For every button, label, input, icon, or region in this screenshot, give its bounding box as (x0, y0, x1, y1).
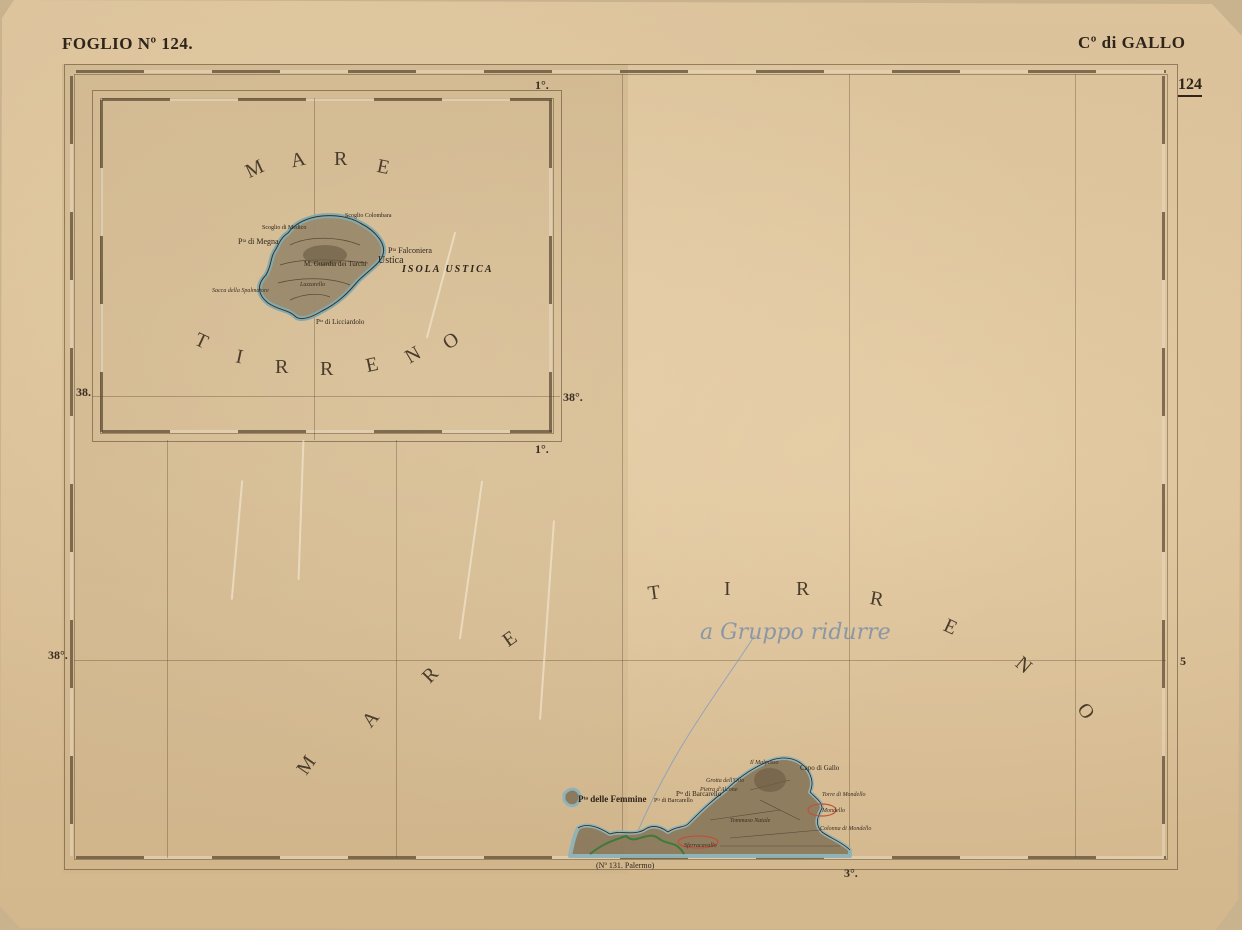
island-name-label: ISOLA USTICA (402, 264, 494, 275)
place-label: Lazzarello (300, 282, 325, 288)
inset-parallel (92, 396, 560, 397)
left-graduation-bar (70, 76, 73, 856)
sea-label-letter: R (796, 578, 809, 601)
bottom-longitude: 3°. (844, 866, 858, 881)
sheet-title: FOGLIO Nº 124. (62, 34, 193, 54)
place-label: Capo di Gallo (800, 764, 839, 772)
place-label: Sacca della Spalmatore (212, 288, 269, 294)
sea-label-letter: R (320, 358, 333, 381)
sea-label-letter: R (275, 356, 288, 379)
place-label: Tommaso Natale (730, 818, 770, 824)
place-label: Pietra d'Alcone (700, 787, 737, 793)
place-label: Ustica (378, 255, 404, 266)
place-label: Pᵗᵃ di Licciardolo (316, 318, 364, 326)
sea-label-letter: R (334, 148, 347, 171)
place-label: Pᵗᵃ di Megna (238, 237, 279, 246)
inset-bottom-bar (102, 430, 552, 433)
place-label: Pᵗᵃ delle Femmine (578, 794, 647, 804)
inset-right-bar (549, 100, 552, 432)
place-label: Scoglio Colombara (345, 213, 392, 219)
place-label: Colonna di Mondello (820, 826, 871, 832)
inset-right-latitude: 38°. (563, 390, 583, 405)
place-label: Scoglio di Medico (262, 225, 306, 231)
meridian-line (396, 440, 397, 858)
sheet-number: 124 (1178, 76, 1202, 97)
right-latitude: 5 (1180, 654, 1186, 669)
place-label: Torre di Mondello (822, 792, 866, 798)
inset-left-latitude: 38. (76, 385, 91, 400)
place-label: Sferracavallo (684, 843, 717, 849)
meridian-line (1075, 74, 1076, 858)
inset-bottom-longitude: 1°. (535, 442, 549, 457)
meridian-line (849, 74, 850, 858)
place-label: Il Malpasso (750, 760, 779, 766)
map-sheet: FOGLIO Nº 124. Cº di GALLO 124 38. 38°. … (0, 0, 1242, 930)
inset-top-bar (102, 98, 552, 101)
left-latitude: 38°. (48, 648, 68, 663)
place-label: Grotta dell'Olio (706, 778, 744, 784)
inset-top-longitude: 1°. (535, 78, 549, 93)
place-label: Pᵗᵃ Falconiera (388, 246, 432, 255)
place-label: Pᵗᵃ di Barcarello (654, 798, 693, 804)
inset-left-bar (100, 100, 103, 432)
meridian-line (167, 440, 168, 858)
right-graduation-bar (1162, 76, 1165, 856)
adjacent-sheet-reference: (Nº 131. Palermo) (596, 861, 654, 870)
top-graduation-bar (76, 70, 1166, 73)
sheet-name: Cº di GALLO (1078, 33, 1185, 53)
sea-label-letter: I (724, 578, 731, 601)
place-label: Mondello (822, 808, 845, 814)
place-label: M. Guardia dei Turchi (304, 260, 367, 268)
